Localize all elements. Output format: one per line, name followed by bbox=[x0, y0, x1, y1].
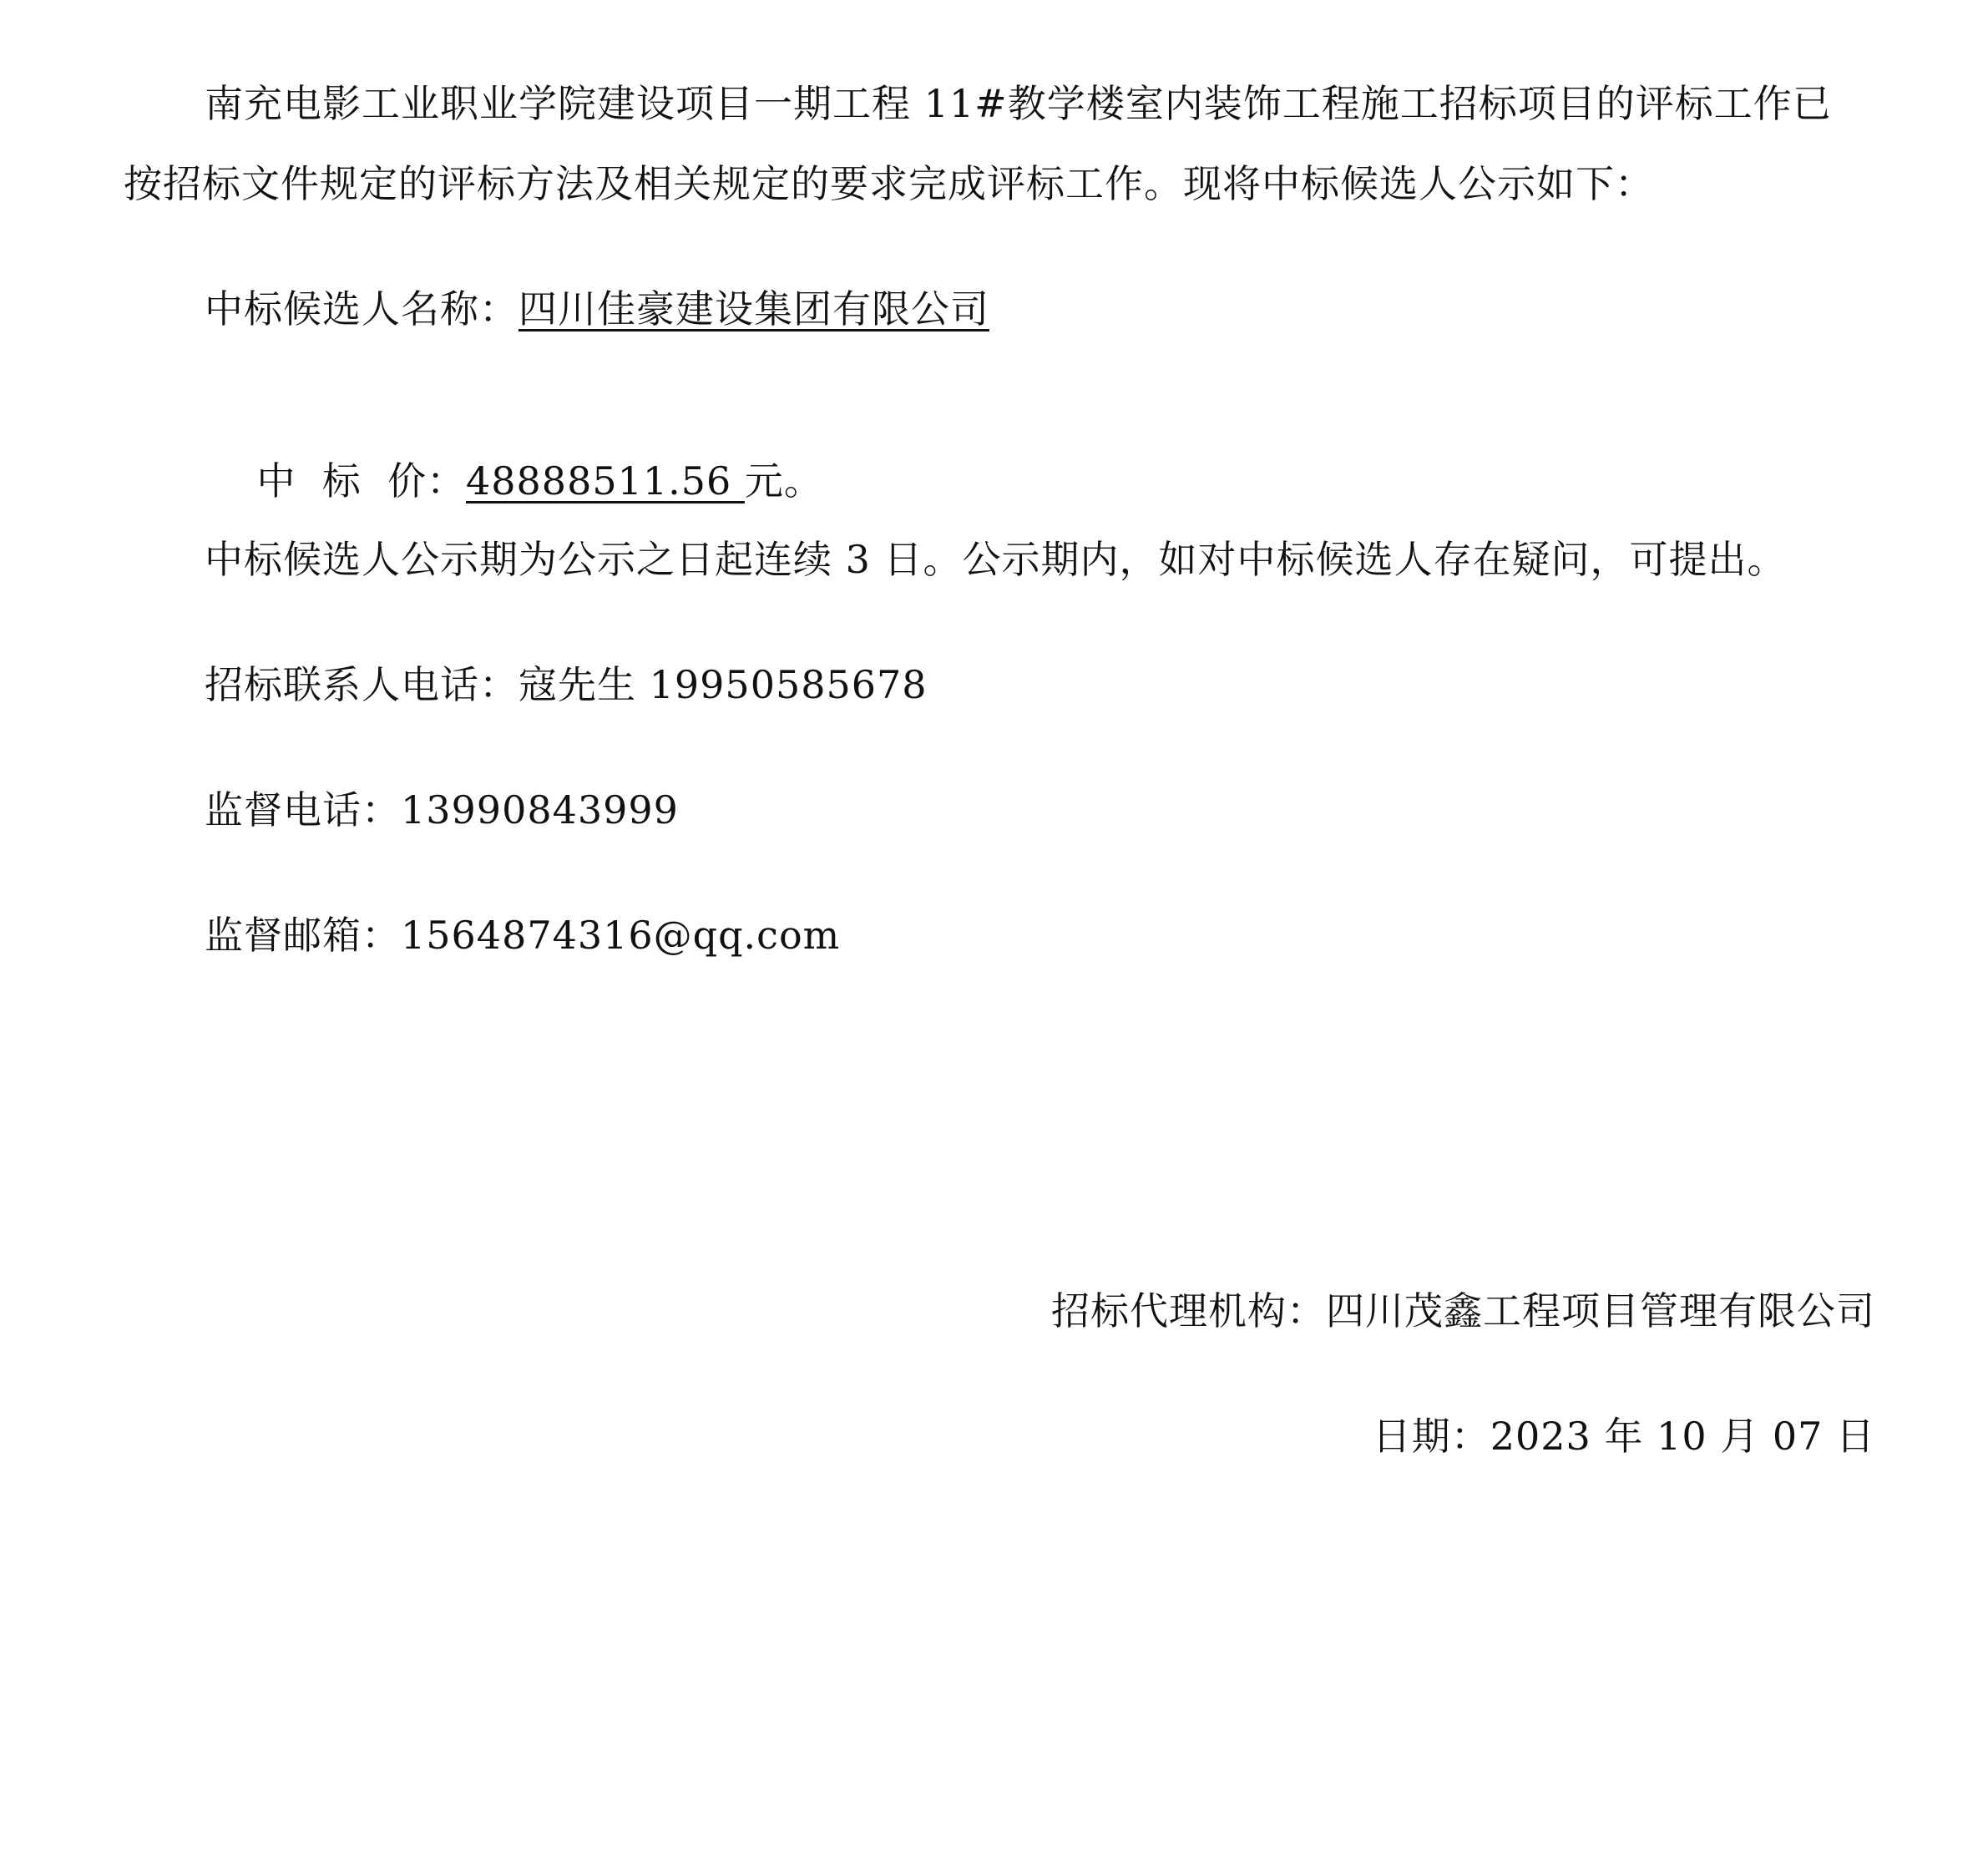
price-suffix: 元。 bbox=[745, 458, 823, 503]
intro-line-1: 南充电影工业职业学院建设项目一期工程 11#教学楼室内装饰工程施工招标项目的评标… bbox=[205, 80, 1832, 127]
candidate-name: 四川佳豪建设集团有限公司 bbox=[518, 286, 989, 331]
contact-label: 招标联系人电话： bbox=[205, 662, 518, 707]
supervision-email-row: 监督邮箱：1564874316@qq.com bbox=[205, 912, 840, 959]
supervision-email-label: 监督邮箱： bbox=[205, 913, 401, 958]
supervision-phone-row: 监督电话：13990843999 bbox=[205, 787, 679, 833]
agency-label: 招标代理机构： bbox=[1051, 1288, 1326, 1333]
supervision-phone-value: 13990843999 bbox=[401, 787, 679, 832]
date-value: 2023 年 10 月 07 日 bbox=[1490, 1414, 1875, 1459]
price-value: 48888511.56 bbox=[466, 458, 745, 503]
date-row: 日期：2023 年 10 月 07 日 bbox=[1373, 1413, 1875, 1460]
agency-value: 四川茂鑫工程项目管理有限公司 bbox=[1326, 1288, 1875, 1333]
candidate-label: 中标候选人名称： bbox=[205, 286, 518, 331]
supervision-phone-label: 监督电话： bbox=[205, 787, 401, 832]
agency-row: 招标代理机构：四川茂鑫工程项目管理有限公司 bbox=[1051, 1288, 1875, 1334]
price-row: 中 标 价：48888511.56 元。 bbox=[205, 411, 823, 551]
contact-row: 招标联系人电话：寇先生 19950585678 bbox=[205, 661, 928, 708]
supervision-email-value: 1564874316@qq.com bbox=[401, 913, 840, 958]
price-label: 中 标 价： bbox=[257, 458, 467, 503]
candidate-row: 中标候选人名称：四川佳豪建设集团有限公司 bbox=[205, 286, 989, 332]
contact-value: 寇先生 19950585678 bbox=[518, 662, 928, 707]
notice-period: 中标候选人公示期为公示之日起连续 3 日。公示期内，如对中标候选人存在疑问，可提… bbox=[205, 536, 1787, 583]
date-label: 日期： bbox=[1373, 1414, 1490, 1459]
intro-line-2: 按招标文件规定的评标方法及相关规定的要求完成评标工作。现将中标候选人公示如下： bbox=[124, 160, 1654, 207]
